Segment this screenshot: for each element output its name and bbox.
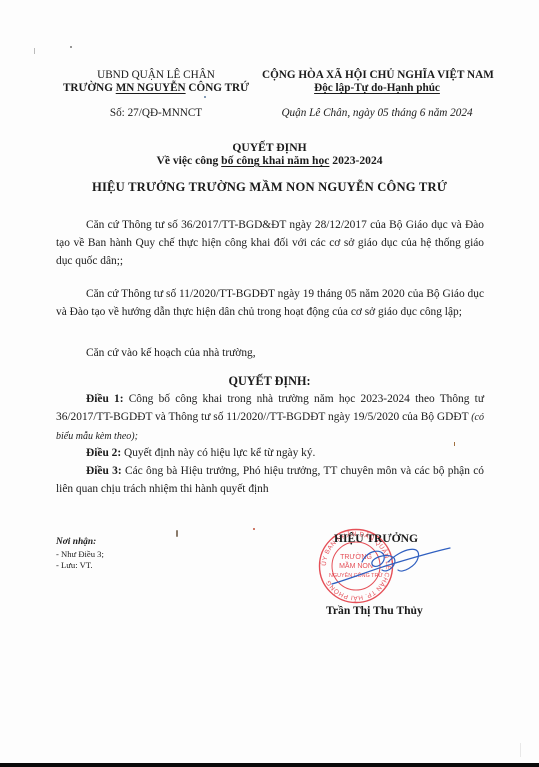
basis-paragraph-1: Căn cứ Thông tư số 36/2017/TT-BGD&ĐT ngà… bbox=[56, 216, 484, 271]
handwritten-signature bbox=[322, 540, 452, 590]
document-number: Số: 27/QĐ-MNNCT bbox=[56, 106, 256, 120]
scan-speck bbox=[253, 528, 255, 530]
national-title: CỘNG HÒA XÃ HỘI CHỦ NGHĨA VIỆT NAM bbox=[262, 68, 492, 82]
basis-paragraph-2: Căn cứ Thông tư số 11/2020/TT-BGDĐT ngày… bbox=[56, 285, 484, 321]
document-subject: Về việc công bố công khai năm học 2023-2… bbox=[0, 154, 539, 168]
document-type: QUYẾT ĐỊNH bbox=[0, 141, 539, 155]
signer-title: HIỆU TRƯỞNG bbox=[334, 532, 418, 545]
issuer-title: HIỆU TRƯỞNG TRƯỜNG MẦM NON NGUYỄN CÔNG T… bbox=[0, 180, 539, 194]
scan-speck bbox=[34, 48, 35, 54]
scan-speck bbox=[176, 530, 178, 537]
article-1: Điều 1: Công bố công khai trong nhà trườ… bbox=[56, 390, 484, 447]
document-page: UBND QUẬN LÊ CHÂN TRƯỜNG MN NGUYỄN CÔNG … bbox=[0, 0, 539, 767]
article-2: Điều 2: Quyết định này có hiệu lực kể từ… bbox=[56, 444, 484, 462]
issuing-authority: UBND QUẬN LÊ CHÂN bbox=[56, 68, 256, 82]
scan-speck bbox=[204, 96, 206, 98]
school-name: TRƯỜNG MN NGUYỄN CÔNG TRỨ bbox=[56, 81, 256, 95]
page-corner bbox=[520, 743, 535, 757]
recipient-item: - Lưu: VT. bbox=[56, 560, 93, 570]
signer-name: Trần Thị Thu Thủy bbox=[326, 604, 423, 617]
recipients-title: Nơi nhận: bbox=[56, 537, 96, 547]
article-3: Điều 3: Các ông bà Hiệu trưởng, Phó hiệu… bbox=[56, 462, 484, 498]
national-motto: Độc lập-Tự do-Hạnh phúc bbox=[262, 81, 492, 95]
place-and-date: Quận Lê Chân, ngày 05 tháng 6 năm 2024 bbox=[262, 106, 492, 120]
basis-paragraph-3: Căn cứ vào kế hoạch của nhà trường, bbox=[56, 344, 484, 362]
recipient-item: - Như Điều 3; bbox=[56, 549, 104, 559]
scan-speck bbox=[70, 46, 72, 48]
decision-heading: QUYẾT ĐỊNH: bbox=[0, 374, 539, 388]
